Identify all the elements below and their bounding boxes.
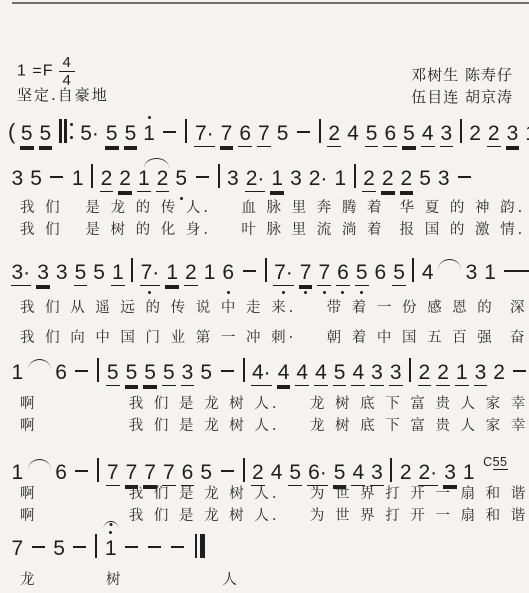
note-number: 1: [524, 122, 529, 146]
note: 4·: [251, 359, 272, 387]
note-number: 7·: [194, 122, 215, 147]
barline: [131, 258, 133, 282]
note-number: 1: [71, 167, 85, 191]
jianpu-line-4: 165555354·444543322132: [8, 358, 529, 388]
lyric-row: 我 们 向 中 国 门 业 第 一 冲 刺· 朝 着 中 国 五 百 强 奋 进…: [20, 326, 529, 347]
note: 5: [29, 165, 43, 193]
top-rule-divider: [12, 2, 529, 4]
octave-down-dot: [341, 291, 344, 294]
note-number: 2: [156, 167, 170, 192]
note: 2: [118, 165, 132, 193]
note-number: 6: [374, 261, 388, 285]
note-number: 6: [336, 261, 350, 286]
duration-dash: [125, 546, 138, 548]
note: 4: [421, 259, 435, 287]
note-number: 2: [100, 167, 114, 192]
note: 4: [314, 359, 328, 387]
repeat-dot: [70, 123, 73, 126]
duration-dash: [163, 131, 176, 133]
note: 3: [36, 259, 50, 287]
note: 5: [92, 259, 106, 287]
note: 5: [162, 359, 176, 387]
octave-down-dot: [282, 291, 285, 294]
barline: [243, 358, 245, 382]
open-paren: (: [8, 118, 15, 146]
note-number: 1: [333, 167, 347, 191]
tempo-marking: 坚定.自豪地: [17, 84, 109, 105]
note-number: 3: [506, 122, 520, 147]
lyric-row: 龙 树 人: [20, 568, 240, 589]
note-number: 1: [104, 537, 118, 561]
note: 4: [277, 359, 291, 387]
note-number: 5·: [79, 122, 100, 146]
barline: [412, 258, 414, 282]
note-number: 1: [270, 167, 284, 192]
note: 2: [362, 165, 376, 193]
duration-dash: [148, 546, 161, 548]
duration-dash: [196, 176, 209, 178]
note-number: 7·: [273, 261, 294, 286]
repeat-bar: [64, 119, 67, 143]
note: 1: [333, 165, 347, 193]
note: 1: [524, 120, 529, 148]
note: 5: [105, 120, 119, 148]
note: 4: [421, 120, 435, 148]
note-number: 1: [142, 122, 156, 146]
note-number: 3: [465, 261, 479, 285]
note-number: 3: [55, 261, 69, 285]
barline: [91, 164, 93, 188]
note: 3: [289, 165, 303, 193]
duration-dash: [513, 370, 526, 372]
duration-dash: [75, 470, 88, 472]
note: 1: [165, 259, 179, 287]
note-number: 2: [487, 122, 501, 147]
note-number: 4: [295, 361, 309, 386]
note-number: 2: [381, 167, 395, 192]
jianpu-line-6: 751: [8, 534, 207, 564]
sheet-music-page: 1 =F44 坚定.自豪地 邓树生 陈寿仔 伍目连 胡京涛 (555·5517·…: [0, 0, 529, 593]
note: 7: [220, 120, 234, 148]
barline: [319, 119, 321, 143]
note-number: 7·: [140, 261, 161, 286]
note-number: 6: [238, 122, 252, 147]
note: 7: [317, 259, 331, 287]
note-number: 5: [124, 122, 138, 147]
tie-arc: [28, 359, 51, 370]
note-number: 6: [54, 361, 68, 385]
note-number: 3: [226, 167, 240, 191]
note: 2·: [245, 165, 266, 193]
catalog-mark-prefix: C: [483, 455, 493, 469]
duration-dash: [75, 370, 88, 372]
final-barline: [195, 534, 205, 558]
note-number: 4: [421, 261, 435, 285]
lyric-row: 啊 我 们 是 龙 树 人. 龙 树 底 下 富 贵 人 家 幸 福 安 宁.: [20, 392, 529, 413]
note: 3·: [11, 259, 32, 287]
note-number: 4: [314, 361, 328, 386]
octave-up-dot: [109, 531, 112, 534]
note-number: 1: [111, 261, 125, 286]
note-number: 2: [184, 261, 198, 286]
note: 3: [55, 259, 69, 287]
note: 7: [299, 259, 313, 287]
note: 2: [400, 165, 414, 193]
note-number: 5: [39, 122, 53, 147]
note: 5: [276, 120, 290, 148]
note: 1: [11, 359, 25, 387]
note: 4: [295, 359, 309, 387]
octave-up-dot: [148, 116, 151, 119]
note-number: 4: [421, 122, 435, 147]
note: 5: [20, 120, 34, 148]
note: 2: [156, 165, 170, 193]
barline: [460, 119, 462, 143]
note-number: 5: [92, 261, 106, 285]
time-signature-numerator: 4: [59, 55, 74, 72]
note: 1: [104, 535, 118, 563]
note: 3: [465, 259, 479, 287]
note: 5: [392, 259, 406, 287]
note: 2: [327, 120, 341, 148]
note-number: 3·: [11, 261, 32, 286]
note: 6: [238, 120, 252, 148]
note-number: 5: [333, 361, 347, 386]
note: 1: [483, 259, 497, 287]
note-number: 5: [125, 361, 139, 386]
octave-down-dot: [360, 291, 363, 294]
note-number: 7: [317, 261, 331, 286]
note: 2: [492, 359, 506, 387]
note-number: 5: [20, 122, 34, 147]
octave-down-dot: [227, 291, 230, 294]
duration-dash: [50, 176, 63, 178]
note-number: 3: [440, 122, 454, 147]
tie-arc: [438, 259, 461, 270]
note: 2·: [308, 165, 329, 193]
note-number: 5: [52, 537, 66, 561]
note: 3: [181, 359, 195, 387]
note: 5: [174, 165, 188, 193]
key-signature-text: 1 =F: [17, 63, 53, 80]
note-number: 7: [11, 537, 25, 561]
note-number: 5: [402, 122, 416, 147]
note: 3: [437, 165, 451, 193]
note: 2: [436, 359, 450, 387]
note: 5: [125, 359, 139, 387]
note-number: 5: [355, 261, 369, 286]
barline: [95, 534, 97, 558]
note-number: 1: [455, 361, 469, 386]
note: 3: [389, 359, 403, 387]
note-number: 7: [257, 122, 271, 147]
note: 5: [39, 120, 53, 148]
note: 5: [74, 259, 88, 287]
note-number: 5: [276, 122, 290, 146]
note: 1: [137, 165, 151, 193]
barline: [218, 164, 220, 188]
note-number: 5: [392, 261, 406, 286]
jianpu-line-3: 3·335517·12167·776565431: [8, 258, 529, 288]
note: 6: [336, 259, 350, 287]
note: 2: [468, 120, 482, 148]
lyric-row: 啊 我 们 是 龙 树 人. 龙 树 底 下 富 贵 人 家 幸 福 安 宁.: [20, 414, 529, 435]
note: 1: [455, 359, 469, 387]
lyric-row: 啊 我 们 是 龙 树 人. 为 世 界 打 开 一 扇 和 谐 的 门.: [20, 482, 529, 503]
barline: [265, 258, 267, 282]
repeat-dot: [70, 136, 73, 139]
note-number: 5: [174, 167, 188, 191]
note-number: 6: [383, 122, 397, 147]
note: 3: [440, 120, 454, 148]
note: 4: [346, 120, 360, 148]
jianpu-line-2: 3512212532·132·122253: [8, 164, 476, 194]
barline: [354, 164, 356, 188]
barline: [185, 119, 187, 143]
lyric-row: 我 们 是 龙 的 传 人. 血 脉 里 奔 腾 着 华 夏 的 神 韵.: [20, 196, 525, 217]
note-number: 4: [346, 122, 360, 146]
note: 5: [355, 259, 369, 287]
note-number: 2: [436, 361, 450, 386]
duration-dash: [171, 546, 184, 548]
repeat-bar: [59, 119, 63, 143]
catalog-mark-number: 55: [493, 455, 508, 470]
note: 2: [184, 259, 198, 287]
note: 2: [381, 165, 395, 193]
note-number: 2·: [245, 167, 266, 192]
barline: [97, 458, 99, 482]
note: 3: [370, 359, 384, 387]
note-number: 7: [220, 122, 234, 147]
note-number: 3: [389, 361, 403, 386]
note-number: 5: [162, 361, 176, 386]
octave-down-dot: [323, 291, 326, 294]
note: 4: [351, 359, 365, 387]
duration-dash: [221, 470, 234, 472]
note-number: 7: [299, 261, 313, 286]
note: 1: [203, 259, 217, 287]
note-number: 2·: [308, 167, 329, 191]
note: 3: [11, 165, 25, 193]
duration-dash: [297, 131, 310, 133]
duration-dash: [73, 546, 86, 548]
note: 2: [487, 120, 501, 148]
credit-line-1: 邓树生 陈寿仔: [411, 64, 513, 86]
note-number: 4: [277, 361, 291, 386]
jianpu-line-1: (555·5517·767524565432231: [8, 118, 529, 148]
note-number: 1: [203, 261, 217, 285]
tie-arc: [28, 459, 51, 470]
barline: [243, 458, 245, 482]
note-number: 3: [181, 361, 195, 386]
lyric-row: 我 们 从 遥 远 的 传 说 中 走 来. 带 着 一 份 感 恩 的 深 情…: [20, 296, 529, 317]
duration-dash: [458, 176, 471, 178]
note: 5: [124, 120, 138, 148]
barline: [409, 358, 411, 382]
note: 3: [506, 120, 520, 148]
note-number: 1: [483, 261, 497, 285]
note-number: 5: [143, 361, 157, 386]
note: 7·: [194, 120, 215, 148]
note: 5·: [79, 120, 100, 148]
note-number: 5: [199, 361, 213, 385]
note: 5: [52, 535, 66, 563]
catalog-mark: C55: [483, 448, 507, 476]
note-number: 5: [29, 167, 43, 191]
note-number: 1: [165, 261, 179, 286]
note: 5: [418, 165, 432, 193]
note: 1: [270, 165, 284, 193]
barline: [390, 458, 392, 482]
note: 6: [383, 120, 397, 148]
note-number: 5: [365, 122, 379, 147]
note-number: 1: [137, 167, 151, 192]
note-number: 3: [36, 261, 50, 286]
note-number: 2: [418, 361, 432, 386]
note: 5: [199, 359, 213, 387]
note: 7: [11, 535, 25, 563]
note: 1: [142, 120, 156, 148]
duration-dash: [221, 370, 234, 372]
note-number: 2: [400, 167, 414, 192]
barline: [97, 358, 99, 382]
credits: 邓树生 陈寿仔 伍目连 胡京涛: [411, 64, 513, 108]
final-bar: [200, 534, 205, 558]
final-bar: [195, 534, 197, 558]
note-number: 2: [118, 167, 132, 192]
note: 6: [374, 259, 388, 287]
note: 5: [333, 359, 347, 387]
note-number: 4·: [251, 361, 272, 386]
note-number: 5: [105, 122, 119, 147]
note-number: 5: [74, 261, 88, 286]
lyric-row: 我 们 是 树 的 化 身. 叶 脉 里 流 淌 着 报 国 的 激 情.: [20, 218, 525, 239]
note-number: 4: [351, 361, 365, 386]
note-number: 5: [106, 361, 120, 386]
octave-down-dot: [148, 291, 151, 294]
note-number: 3: [474, 361, 488, 386]
note: 5: [106, 359, 120, 387]
note-number: 3: [370, 361, 384, 386]
note-number: 6: [221, 261, 235, 285]
note: 5: [143, 359, 157, 387]
note-number: 5: [418, 167, 432, 191]
repeat-open-barline: [59, 119, 73, 143]
note-number: 3: [437, 167, 451, 191]
note: 2: [418, 359, 432, 387]
note: 7·: [140, 259, 161, 287]
note-number: 2: [327, 122, 341, 147]
credit-line-2: 伍目连 胡京涛: [411, 86, 513, 108]
note-number: 2: [492, 361, 506, 385]
note-number: 3: [289, 167, 303, 191]
note-number: 2: [468, 122, 482, 146]
note: 5: [402, 120, 416, 148]
note: 3: [474, 359, 488, 387]
duration-dash: [243, 270, 256, 272]
note: 6: [221, 259, 235, 287]
note: 2: [100, 165, 114, 193]
lyric-row: 啊 我 们 是 龙 树 人. 为 世 界 打 开 一 扇 和 谐 的 门.: [20, 504, 529, 525]
note-number: 3: [11, 167, 25, 191]
duration-dash: [32, 546, 45, 548]
note: 1: [71, 165, 85, 193]
note-number: 2: [362, 167, 376, 192]
note: 3: [226, 165, 240, 193]
note: 7·: [273, 259, 294, 287]
note: 5: [365, 120, 379, 148]
note: 6: [54, 359, 68, 387]
octave-down-dot: [304, 291, 307, 294]
note-number: 1: [11, 361, 25, 385]
note: 1: [111, 259, 125, 287]
duration-dash-long: [504, 270, 529, 272]
jianpu-line-5: 167777652456·54322·31C55: [8, 448, 508, 478]
note: 7: [257, 120, 271, 148]
